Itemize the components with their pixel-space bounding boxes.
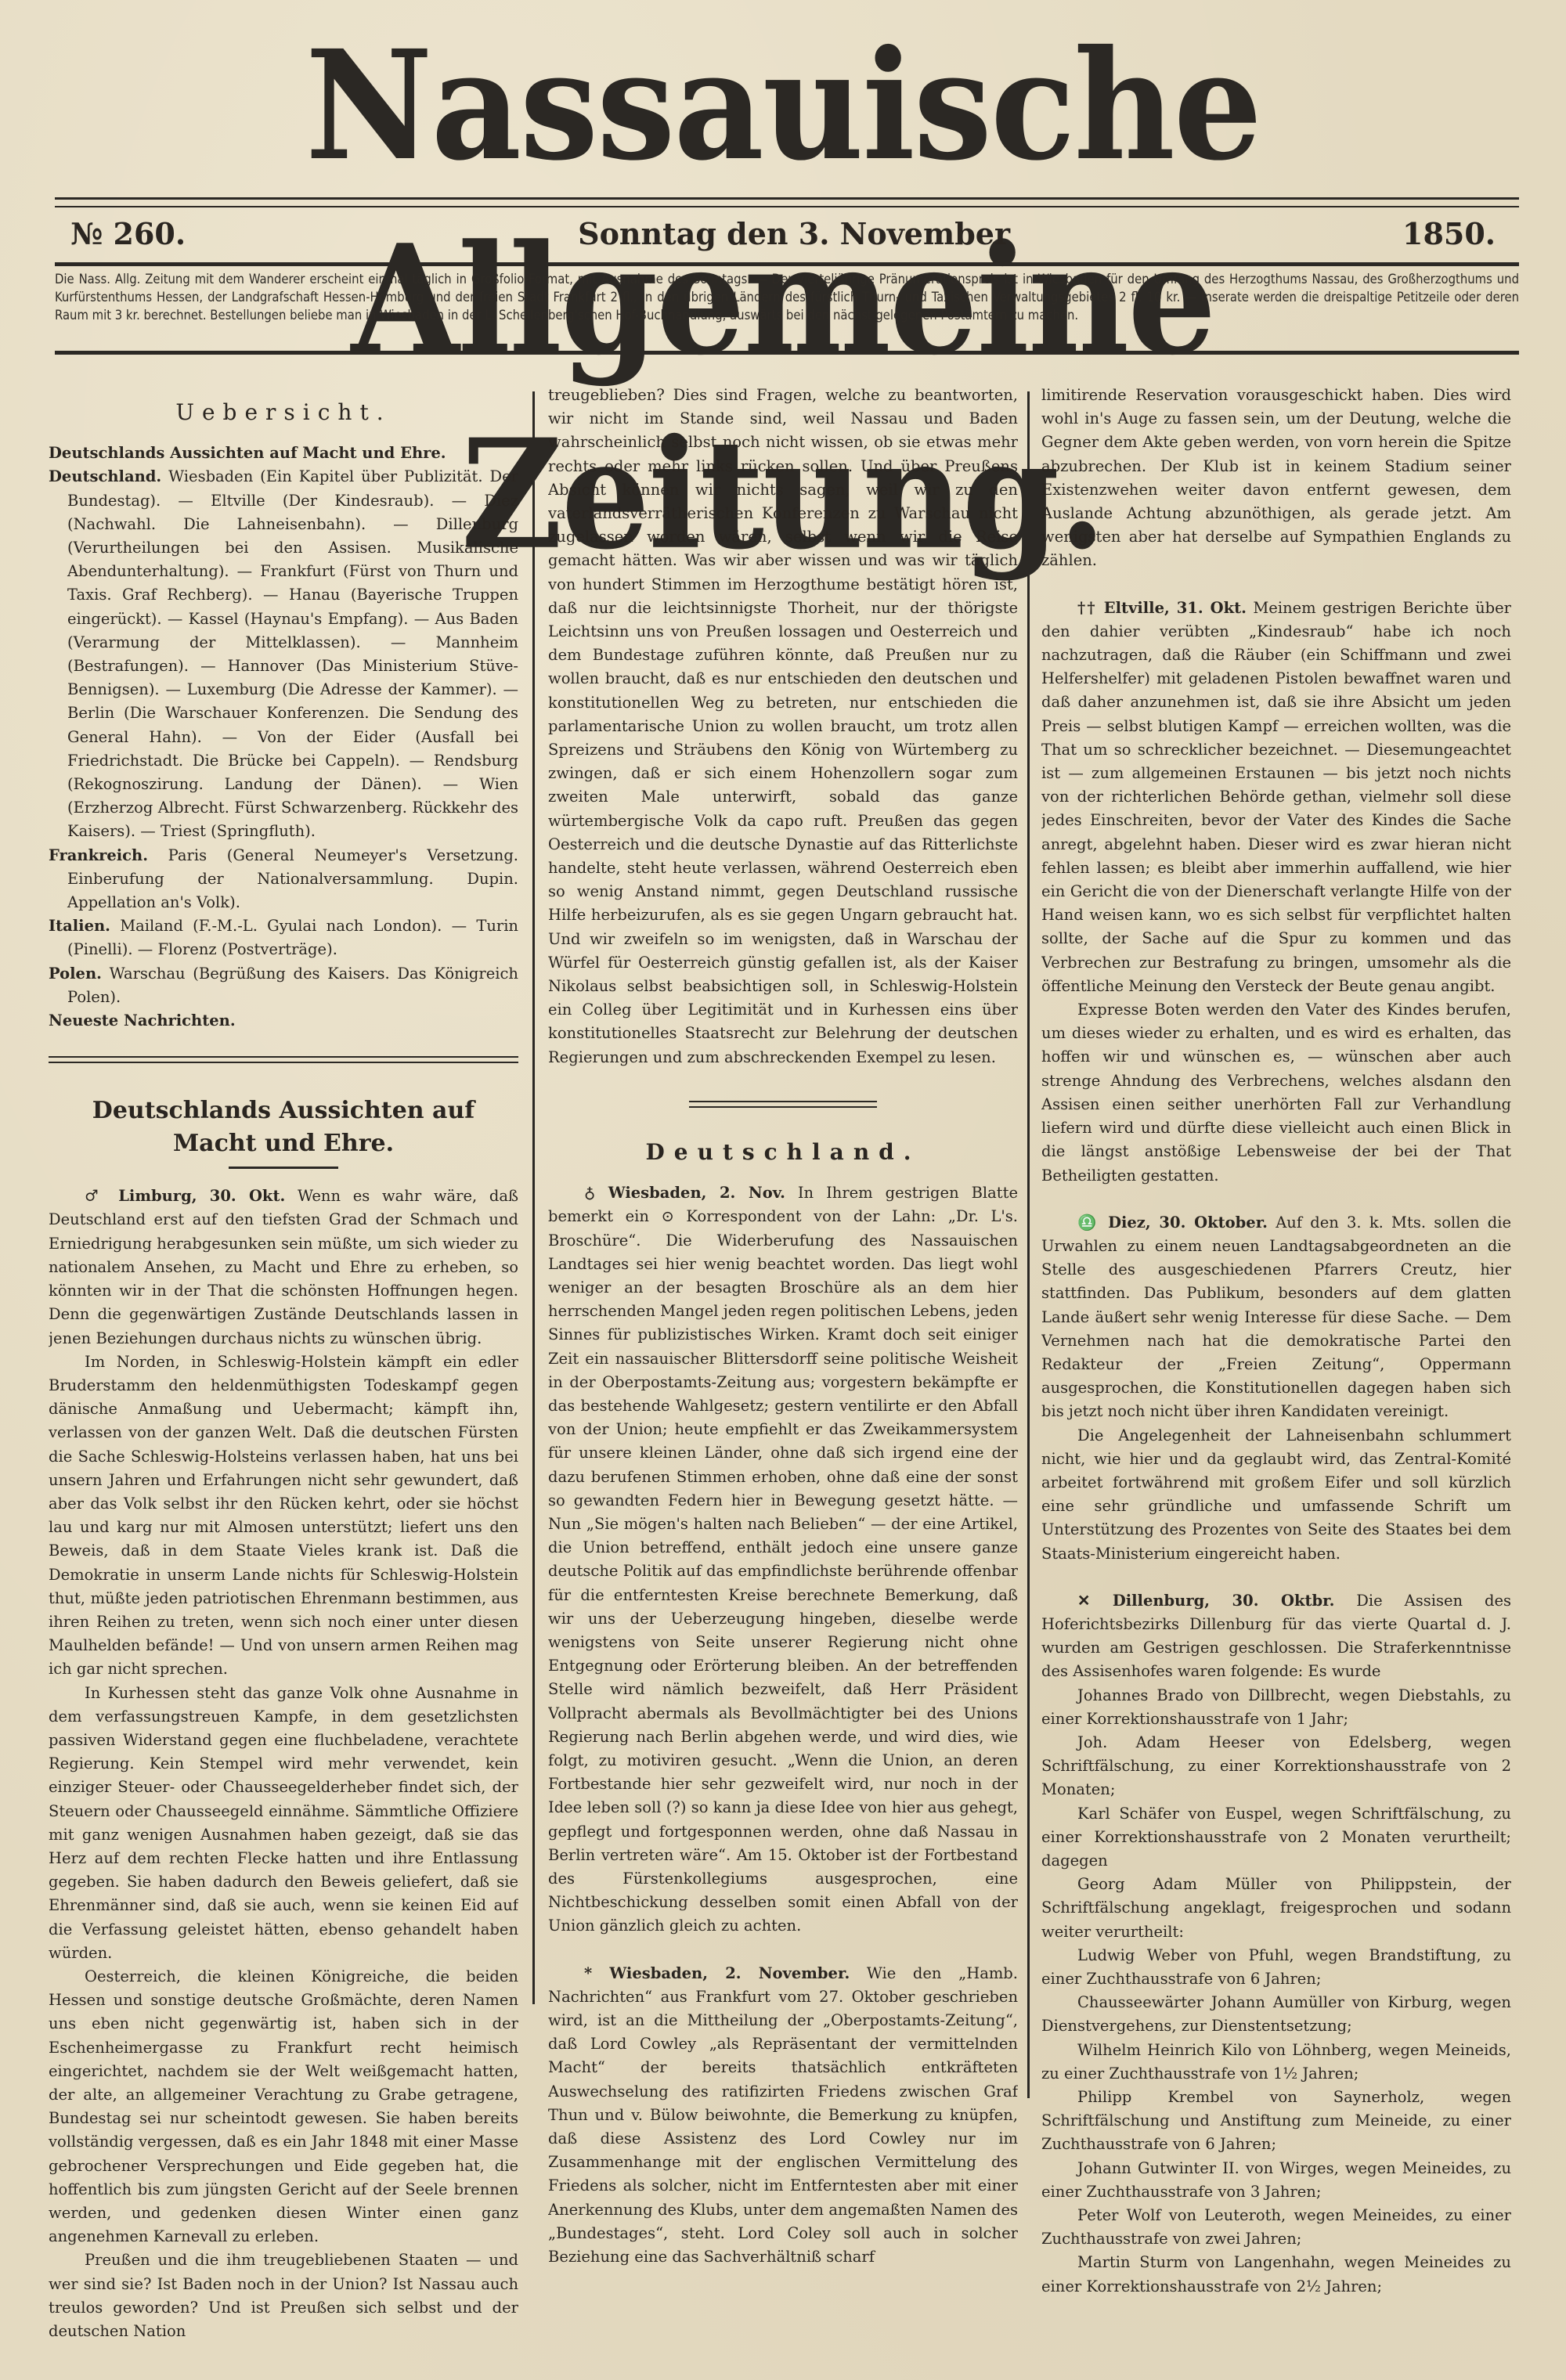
notice-rule bbox=[55, 351, 1519, 355]
verdict-item: Chausseewärter Johann Aumüller von Kirbu… bbox=[1041, 1991, 1511, 2038]
article-paragraph: ♎ Diez, 30. Oktober. Auf den 3. k. Mts. … bbox=[1041, 1211, 1511, 1424]
article-paragraph: ♂ Limburg, 30. Okt. Wenn es wahr wäre, d… bbox=[49, 1185, 518, 1350]
verdict-item: Ludwig Weber von Pfuhl, wegen Brandstift… bbox=[1041, 1944, 1511, 1991]
section-divider bbox=[49, 1056, 518, 1063]
overview-list: Deutschlands Aussichten auf Macht und Eh… bbox=[49, 442, 518, 1033]
column-divider-2 bbox=[1027, 391, 1030, 2098]
overview-entry: Polen. Warschau (Begrüßung des Kaisers. … bbox=[49, 962, 518, 1009]
issue-year: 1850. bbox=[1402, 216, 1496, 251]
article-dateline: ✕ Dillenburg, 30. Oktbr. bbox=[1077, 1592, 1334, 1610]
masthead-rule bbox=[55, 197, 1519, 207]
article-continuation: treugeblieben? Dies sind Fragen, welche … bbox=[548, 384, 1018, 1069]
dateline-rule bbox=[55, 262, 1519, 266]
overview-entry: Deutschland. Wiesbaden (Ein Kapitel über… bbox=[49, 465, 518, 843]
section-title-deutschland: Deutschland. bbox=[548, 1141, 1018, 1164]
article-paragraph: Expresse Boten werden den Vater des Kind… bbox=[1041, 998, 1511, 1188]
lead-article-title: Deutschlands Aussichten auf Macht und Eh… bbox=[49, 1094, 518, 1160]
dateline: № 260. Sonntag den 3. November 1850. bbox=[70, 210, 1496, 257]
article-dateline: †† Eltville, 31. Okt. bbox=[1077, 599, 1247, 617]
article-dateline: ♎ Diez, 30. Oktober. bbox=[1077, 1213, 1268, 1231]
article-paragraph: Die Angelegenheit der Lahneisenbahn schl… bbox=[1041, 1424, 1511, 1566]
verdict-item: Johann Gutwinter II. von Wirges, wegen M… bbox=[1041, 2157, 1511, 2204]
section-divider bbox=[689, 1101, 877, 1108]
article-continuation: limitirende Reservation vorausgeschickt … bbox=[1041, 384, 1511, 573]
article-paragraph: †† Eltville, 31. Okt. Meinem gestrigen B… bbox=[1041, 597, 1511, 998]
article-paragraph: ✕ Dillenburg, 30. Oktbr. Die Assisen des… bbox=[1041, 1589, 1511, 1684]
column-3: limitirende Reservation vorausgeschickt … bbox=[1041, 368, 1511, 2372]
article-paragraph: * Wiesbaden, 2. November. Wie den „Hamb.… bbox=[548, 1962, 1018, 2270]
issue-date: Sonntag den 3. November bbox=[578, 216, 1010, 251]
overview-entry: Frankreich. Paris (General Neumeyer's Ve… bbox=[49, 844, 518, 915]
column-2: treugeblieben? Dies sind Fragen, welche … bbox=[548, 368, 1018, 2372]
article-dateline: ♂ Limburg, 30. Okt. bbox=[85, 1187, 285, 1205]
article-paragraph: In Kurhessen steht das ganze Volk ohne A… bbox=[49, 1682, 518, 1965]
verdict-item: Peter Wolf von Leuteroth, wegen Meineide… bbox=[1041, 2204, 1511, 2251]
article-paragraph: ♁ Wiesbaden, 2. Nov. In Ihrem gestrigen … bbox=[548, 1181, 1018, 1938]
verdict-item: Philipp Krembel von Saynerholz, wegen Sc… bbox=[1041, 2086, 1511, 2157]
verdict-item: Karl Schäfer von Euspel, wegen Schriftfä… bbox=[1041, 1802, 1511, 1873]
newspaper-page: Nassauische Allgemeine Zeitung. № 260. S… bbox=[0, 0, 1566, 2380]
overview-entry: Deutschlands Aussichten auf Macht und Eh… bbox=[49, 442, 518, 465]
verdict-item: Joh. Adam Heeser von Edelsberg, wegen Sc… bbox=[1041, 1731, 1511, 1802]
overview-entry: Neueste Nachrichten. bbox=[49, 1009, 518, 1033]
column-1: Uebersicht. Deutschlands Aussichten auf … bbox=[49, 368, 518, 2372]
article-dateline: * Wiesbaden, 2. November. bbox=[584, 1964, 850, 1982]
subscription-notice: Die Nass. Allg. Zeitung mit dem Wanderer… bbox=[55, 270, 1519, 324]
verdict-item: Georg Adam Müller von Philippstein, der … bbox=[1041, 1873, 1511, 1944]
title-rule bbox=[229, 1167, 338, 1169]
masthead-title: Nassauische Allgemeine Zeitung. bbox=[47, 9, 1519, 203]
column-divider-1 bbox=[532, 391, 535, 2004]
article-paragraph: Preußen und die ihm treugebliebenen Staa… bbox=[49, 2248, 518, 2343]
verdict-item: Johannes Brado von Dillbrecht, wegen Die… bbox=[1041, 1684, 1511, 1731]
verdict-item: Martin Sturm von Langenhahn, wegen Meine… bbox=[1041, 2251, 1511, 2298]
overview-title: Uebersicht. bbox=[49, 401, 518, 424]
issue-number: № 260. bbox=[70, 216, 186, 251]
article-dateline: ♁ Wiesbaden, 2. Nov. bbox=[584, 1184, 785, 1202]
article-paragraph: Im Norden, in Schleswig-Holstein kämpft … bbox=[49, 1350, 518, 1682]
overview-entry: Italien. Mailand (F.-M.-L. Gyulai nach L… bbox=[49, 914, 518, 961]
article-paragraph: Oesterreich, die kleinen Königreiche, di… bbox=[49, 1965, 518, 2248]
verdict-item: Wilhelm Heinrich Kilo von Löhnberg, wege… bbox=[1041, 2039, 1511, 2086]
